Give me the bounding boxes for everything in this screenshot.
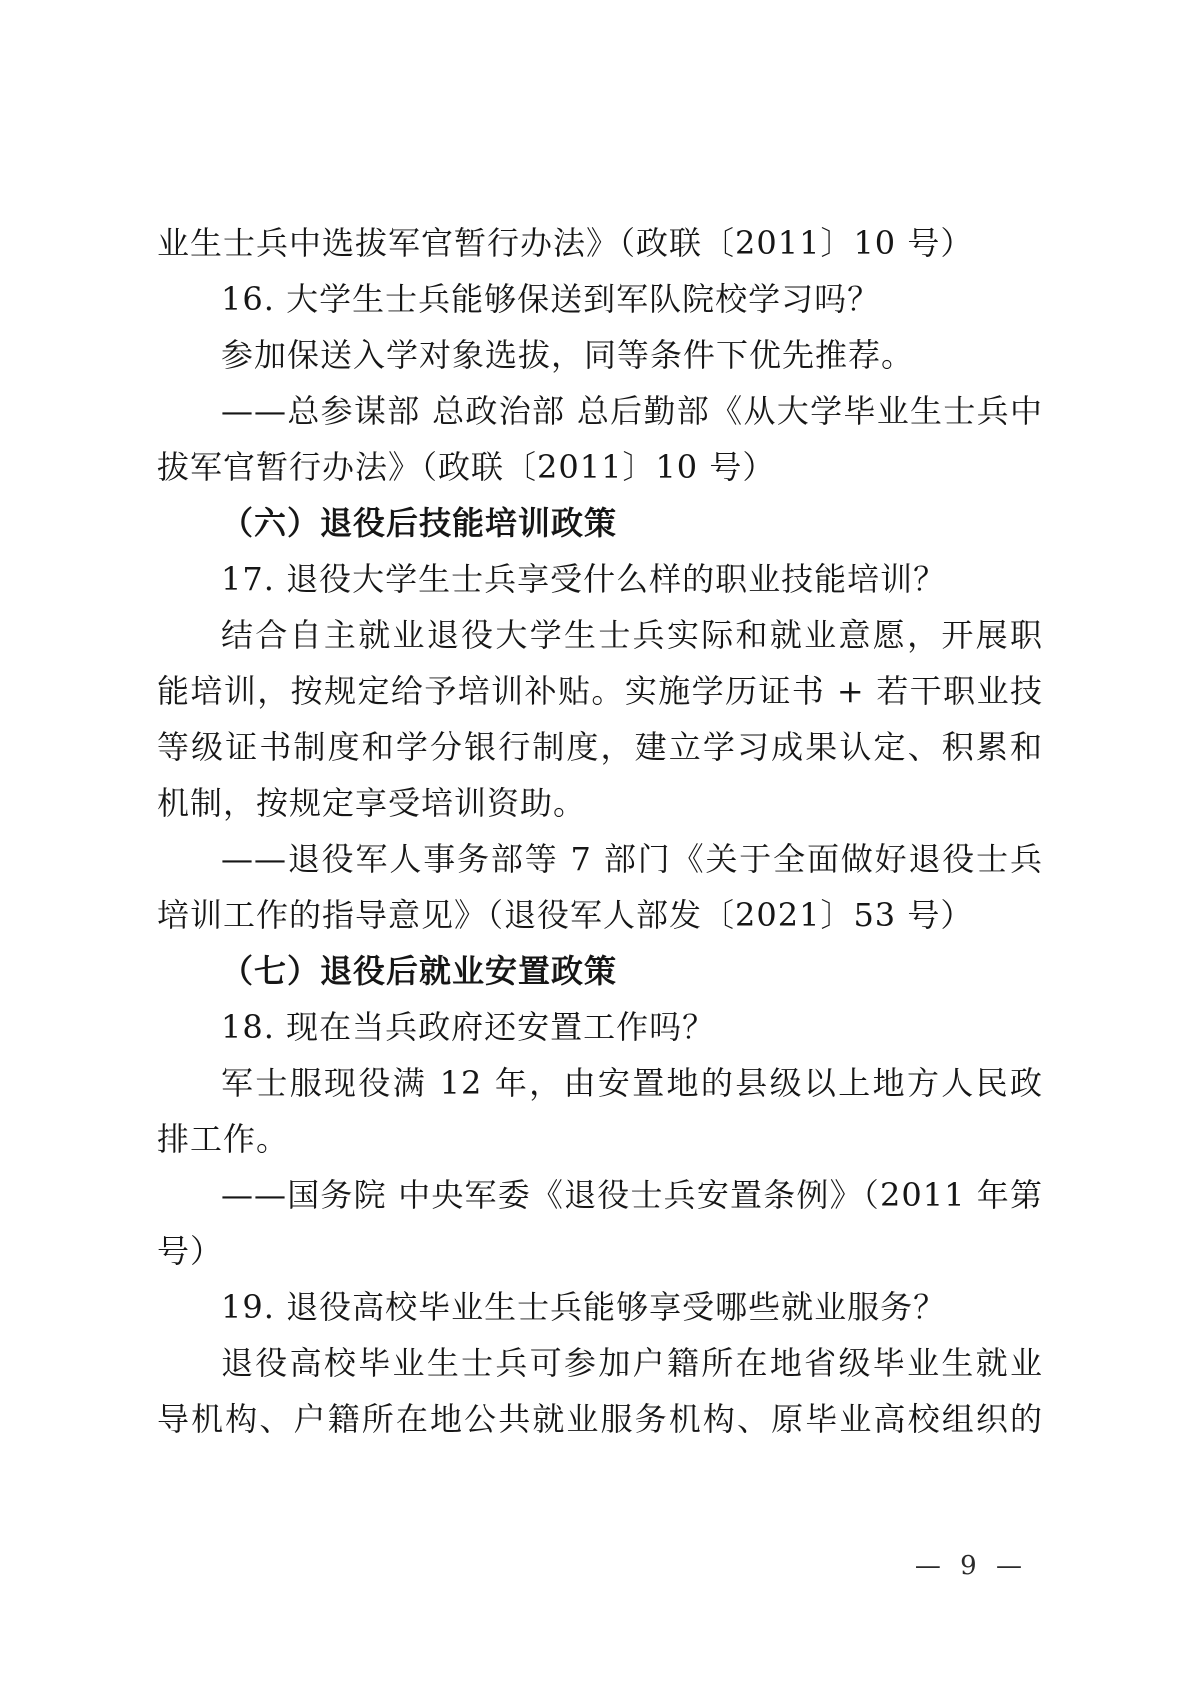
body-line: 军士服现役满 12 年，由安置地的县级以上地方人民政府安 <box>157 1055 1043 1111</box>
citation-line: 培训工作的指导意见》（退役军人部发〔2021〕53 号） <box>157 887 1043 943</box>
body-line: 排工作。 <box>157 1111 1043 1167</box>
page-number: — 9 — <box>915 1550 1023 1582</box>
citation-line: ——国务院 中央军委《退役士兵安置条例》（2011 年第 608 <box>157 1167 1043 1223</box>
citation-line: ——退役军人事务部等 7 部门《关于全面做好退役士兵教育 <box>157 831 1043 887</box>
body-line: 能培训，按规定给予培训补贴。实施学历证书 + 若干职业技能 <box>157 663 1043 719</box>
body-line: 结合自主就业退役大学生士兵实际和就业意愿，开展职业技 <box>157 607 1043 663</box>
body-line: 退役高校毕业生士兵可参加户籍所在地省级毕业生就业指 <box>157 1335 1043 1391</box>
body-line: 等级证书制度和学分银行制度，建立学习成果认定、积累和转换 <box>157 719 1043 775</box>
question-line: 19. 退役高校毕业生士兵能够享受哪些就业服务？ <box>157 1279 1043 1335</box>
citation-line: 拔军官暂行办法》（政联〔2011〕10 号） <box>157 439 1043 495</box>
question-line: 16. 大学生士兵能够保送到军队院校学习吗？ <box>157 271 1043 327</box>
document-body: 业生士兵中选拔军官暂行办法》（政联〔2011〕10 号） 16. 大学生士兵能够… <box>157 215 1043 1447</box>
body-line: 业生士兵中选拔军官暂行办法》（政联〔2011〕10 号） <box>157 215 1043 271</box>
document-page: 业生士兵中选拔军官暂行办法》（政联〔2011〕10 号） 16. 大学生士兵能够… <box>0 0 1190 1683</box>
body-line: 参加保送入学对象选拔，同等条件下优先推荐。 <box>157 327 1043 383</box>
section-heading: （七）退役后就业安置政策 <box>157 943 1043 999</box>
question-line: 17. 退役大学生士兵享受什么样的职业技能培训？ <box>157 551 1043 607</box>
body-line: 机制，按规定享受培训资助。 <box>157 775 1043 831</box>
question-line: 18. 现在当兵政府还安置工作吗？ <box>157 999 1043 1055</box>
citation-line: ——总参谋部 总政治部 总后勤部《从大学毕业生士兵中选 <box>157 383 1043 439</box>
section-heading: （六）退役后技能培训政策 <box>157 495 1043 551</box>
body-line: 导机构、户籍所在地公共就业服务机构、原毕业高校组织的就业 <box>157 1391 1043 1447</box>
citation-line: 号） <box>157 1223 1043 1279</box>
